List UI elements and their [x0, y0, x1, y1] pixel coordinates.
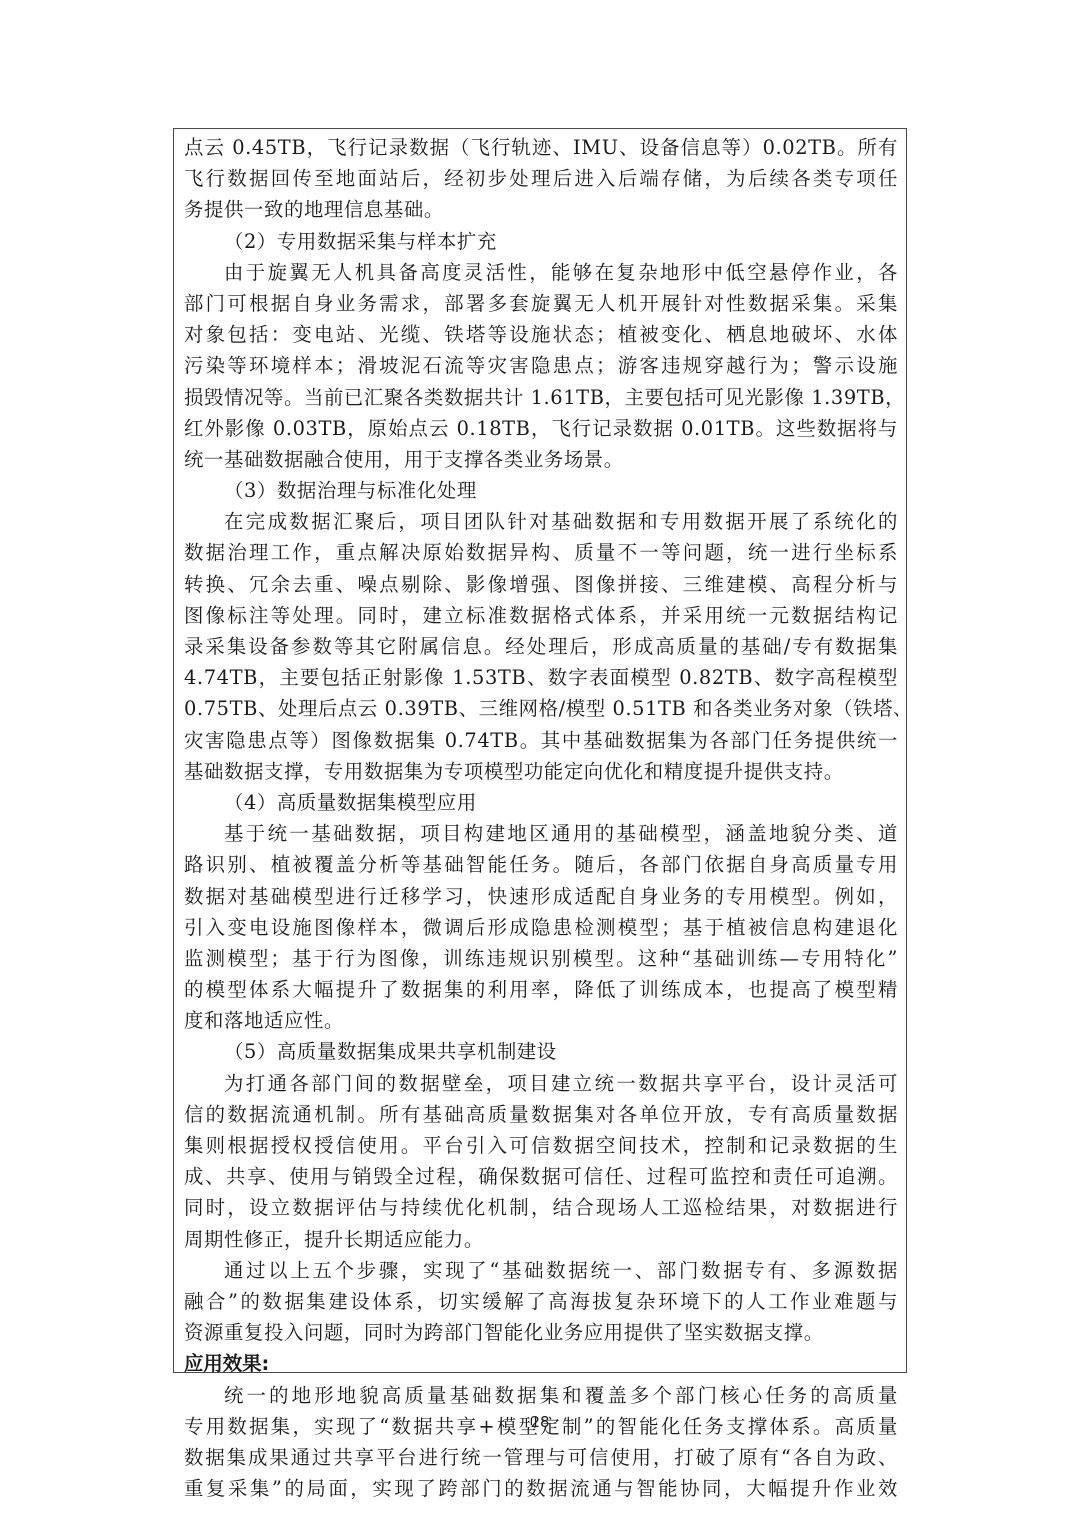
body-text-line: 录采集设备参数等其它附属信息。经处理后，形成高质量的基础/专有数据集: [184, 631, 898, 662]
body-text-line: 统一的地形地貌高质量基础数据集和覆盖多个部门核心任务的高质量: [184, 1380, 898, 1411]
body-text-line: 4.74TB，主要包括正射影像 1.53TB、数字表面模型 0.82TB、数字高…: [184, 662, 898, 693]
body-text-line: 周期性修正，提升长期适应能力。: [184, 1224, 898, 1255]
body-text-line: 污染等环境样本；滑坡泥石流等灾害隐患点；游客违规穿越行为；警示设施: [184, 350, 898, 381]
body-text-line: 信的数据流通机制。所有基础高质量数据集对各单位开放，专有高质量数据: [184, 1099, 898, 1130]
content-table-cell: 点云 0.45TB，飞行记录数据（飞行轨迹、IMU、设备信息等）0.02TB。所…: [173, 128, 907, 1373]
body-text-line: 资源重复投入问题，同时为跨部门智能化业务应用提供了坚实数据支撑。: [184, 1317, 898, 1348]
body-text-line: 成、共享、使用与销毁全过程，确保数据可信任、过程可监控和责任可追溯。: [184, 1161, 898, 1192]
body-text-line: 0.75TB、处理后点云 0.39TB、三维网格/模型 0.51TB 和各类业务…: [184, 693, 898, 724]
body-text-line: 点云 0.45TB，飞行记录数据（飞行轨迹、IMU、设备信息等）0.02TB。所…: [184, 132, 898, 163]
body-text-line: 融合”的数据集建设体系，切实缓解了高海拔复杂环境下的人工作业难题与: [184, 1286, 898, 1317]
body-text-line: 同时，设立数据评估与持续优化机制，结合现场人工巡检结果，对数据进行: [184, 1192, 898, 1223]
body-text-line: 的模型体系大幅提升了数据集的利用率，降低了训练成本，也提高了模型精: [184, 974, 898, 1005]
body-text-line: 路识别、植被覆盖分析等基础智能任务。随后，各部门依据自身高质量专用: [184, 849, 898, 880]
page-number: 28: [0, 1413, 1080, 1431]
section-heading-2: （2）专用数据采集与样本扩充: [184, 226, 898, 257]
body-text-line: 红外影像 0.03TB，原始点云 0.18TB，飞行记录数据 0.01TB。这些…: [184, 413, 898, 444]
body-text-line: 度和落地适应性。: [184, 1005, 898, 1036]
body-text-line: 图像标注等处理。同时，建立标准数据格式体系，并采用统一元数据结构记: [184, 600, 898, 631]
section-heading-3: （3）数据治理与标准化处理: [184, 475, 898, 506]
body-text-line: 基础数据支撑，专用数据集为专项模型功能定向优化和精度提升提供支持。: [184, 756, 898, 787]
body-text-line: 监测模型；基于行为图像，训练违规识别模型。这种“基础训练—专用特化”: [184, 943, 898, 974]
body-text-line: 损毁情况等。当前已汇聚各类数据共计 1.61TB，主要包括可见光影像 1.39T…: [184, 382, 898, 413]
body-text-line: 灾害隐患点等）图像数据集 0.74TB。其中基础数据集为各部门任务提供统一: [184, 725, 898, 756]
body-text-line: 统一基础数据融合使用，用于支撑各类业务场景。: [184, 444, 898, 475]
body-text-line: 集则根据授权授信使用。平台引入可信数据空间技术，控制和记录数据的生: [184, 1130, 898, 1161]
body-text-line: 在完成数据汇聚后，项目团队针对基础数据和专用数据开展了系统化的: [184, 506, 898, 537]
body-text-line: 数据集成果通过共享平台进行统一管理与可信使用，打破了原有“各自为政、: [184, 1442, 898, 1473]
body-text-line: 数据对基础模型进行迁移学习，快速形成适配自身业务的专用模型。例如，: [184, 881, 898, 912]
section-heading-4: （4）高质量数据集模型应用: [184, 787, 898, 818]
body-text-line: 重复采集”的局面，实现了跨部门的数据流通与智能协同，大幅提升作业效: [184, 1473, 898, 1504]
body-text-line: 数据治理工作，重点解决原始数据异构、质量不一等问题，统一进行坐标系: [184, 537, 898, 568]
section-title-application-effect: 应用效果:: [184, 1348, 898, 1379]
body-text-line: 为打通各部门间的数据壁垒，项目建立统一数据共享平台，设计灵活可: [184, 1068, 898, 1099]
body-text-line: 务提供一致的地理信息基础。: [184, 194, 898, 225]
section-heading-5: （5）高质量数据集成果共享机制建设: [184, 1036, 898, 1067]
body-text-line: 基于统一基础数据，项目构建地区通用的基础模型，涵盖地貌分类、道: [184, 818, 898, 849]
body-text-line: 部门可根据自身业务需求，部署多套旋翼无人机开展针对性数据采集。采集: [184, 288, 898, 319]
body-text-line: 对象包括：变电站、光缆、铁塔等设施状态；植被变化、栖息地破坏、水体: [184, 319, 898, 350]
body-text-line: 通过以上五个步骤，实现了“基础数据统一、部门数据专有、多源数据: [184, 1255, 898, 1286]
body-text-line: 由于旋翼无人机具备高度灵活性，能够在复杂地形中低空悬停作业，各: [184, 257, 898, 288]
body-text-line: 飞行数据回传至地面站后，经初步处理后进入后端存储，为后续各类专项任: [184, 163, 898, 194]
body-text-line: 转换、冗余去重、噪点剔除、影像增强、图像拼接、三维建模、高程分析与: [184, 569, 898, 600]
body-text-line: 引入变电设施图像样本，微调后形成隐患检测模型；基于植被信息构建退化: [184, 912, 898, 943]
